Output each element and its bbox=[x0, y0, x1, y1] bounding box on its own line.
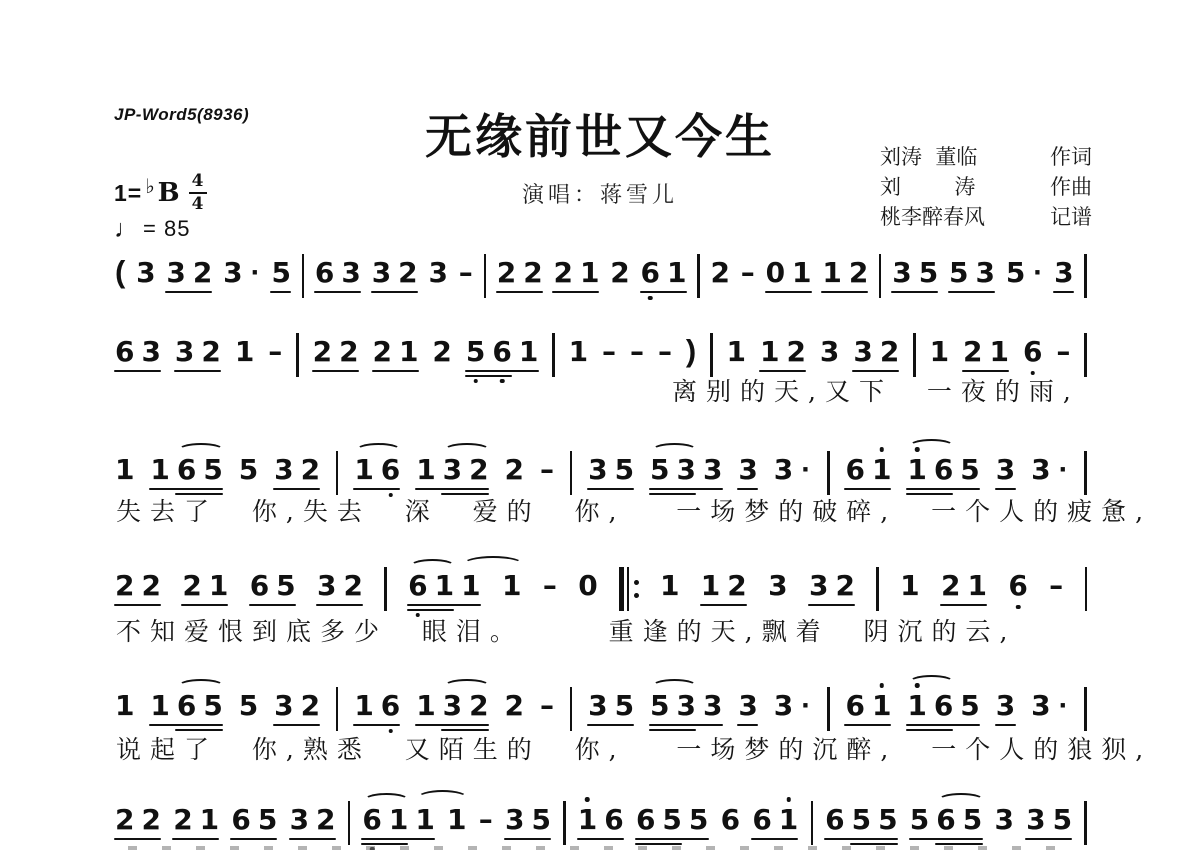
note-group: 6 bbox=[1023, 337, 1042, 367]
barline-icon bbox=[336, 687, 338, 731]
beam-underline bbox=[181, 604, 228, 606]
note-group: 6 bbox=[721, 805, 740, 835]
note-group: 1 bbox=[447, 805, 466, 835]
note-group: 21 bbox=[373, 337, 419, 367]
score-line: 222165326111–01123321216– bbox=[115, 571, 1087, 611]
note-char: 1 bbox=[822, 258, 841, 288]
note-char: 6 bbox=[492, 337, 511, 367]
note-char: 3 bbox=[996, 455, 1015, 485]
note-char: 1 bbox=[727, 337, 746, 367]
note-char: 3 bbox=[1031, 691, 1050, 721]
note-char: 2 bbox=[301, 691, 320, 721]
beam-underline bbox=[891, 291, 938, 293]
credit-role: 作曲 bbox=[1050, 172, 1092, 202]
note-group: 1 bbox=[569, 337, 588, 367]
note-char: 3 bbox=[443, 691, 462, 721]
note-group: 3 bbox=[1054, 258, 1073, 288]
beam-underline bbox=[372, 370, 419, 372]
note-group: 565 bbox=[910, 805, 982, 835]
note-char: 1 bbox=[200, 805, 219, 835]
note-group: 3 bbox=[136, 258, 155, 288]
note-char: 6 bbox=[636, 805, 655, 835]
note-char: 2 bbox=[373, 337, 392, 367]
note-char: 1 bbox=[209, 571, 228, 601]
note-char: 2 bbox=[786, 337, 805, 367]
note-char: 3 bbox=[141, 337, 160, 367]
barline-icon bbox=[1084, 451, 1086, 495]
beam-underline bbox=[844, 488, 891, 490]
augmentation-dot: · bbox=[251, 258, 261, 288]
note-char: 2 bbox=[469, 691, 488, 721]
note-char: 6 bbox=[1008, 571, 1027, 601]
note-char: 5 bbox=[689, 805, 708, 835]
note-char: – bbox=[268, 337, 282, 367]
note-char: – bbox=[741, 258, 755, 288]
barline-icon bbox=[697, 254, 699, 298]
note-char: 2 bbox=[523, 258, 542, 288]
barline-icon bbox=[710, 333, 712, 377]
note-char: 1 bbox=[900, 571, 919, 601]
barline-icon bbox=[570, 451, 572, 495]
note-char: 2 bbox=[553, 258, 572, 288]
note-char: 1 bbox=[872, 455, 891, 485]
beam-underline bbox=[940, 604, 987, 606]
barline-icon bbox=[1084, 801, 1086, 845]
beam-underline bbox=[737, 488, 758, 490]
beam-underline bbox=[700, 604, 747, 606]
octave-dot-high bbox=[879, 683, 884, 688]
note-char: 1 bbox=[150, 455, 169, 485]
note-group: 61 bbox=[752, 805, 798, 835]
note-char: 5 bbox=[271, 258, 290, 288]
octave-dot-low bbox=[1016, 605, 1021, 610]
beam-underline bbox=[496, 291, 543, 293]
barline-icon bbox=[384, 567, 386, 611]
note-char: 2 bbox=[835, 571, 854, 601]
barline-icon bbox=[296, 333, 298, 377]
note-group: 22 bbox=[313, 337, 359, 367]
note-group: 561 bbox=[466, 337, 538, 367]
note-char: 3 bbox=[820, 337, 839, 367]
beam-underline bbox=[361, 843, 408, 845]
beam-underline bbox=[149, 488, 223, 490]
barline-icon bbox=[1084, 687, 1086, 731]
note-char: 5 bbox=[1053, 805, 1072, 835]
note-char: 5 bbox=[960, 691, 979, 721]
note-group: 1 bbox=[660, 571, 679, 601]
note-char: 1 bbox=[872, 691, 891, 721]
note-char: 1 bbox=[792, 258, 811, 288]
note-char: 1 bbox=[415, 805, 434, 835]
note-char: 3 bbox=[809, 571, 828, 601]
note-char: 2 bbox=[880, 337, 899, 367]
note-group: – bbox=[479, 805, 493, 835]
note-group: 61 bbox=[641, 258, 687, 288]
lyrics-line: 离别的天,又下 一夜的雨, bbox=[672, 372, 1080, 408]
note-char: 6 bbox=[381, 455, 400, 485]
credit-row: 刘涛 董临作词 bbox=[880, 142, 1092, 172]
note-group: 16 bbox=[354, 455, 400, 485]
beam-underline bbox=[353, 488, 400, 490]
note-char: 3 bbox=[136, 258, 155, 288]
note-group: 21 bbox=[173, 805, 219, 835]
note-char: 2 bbox=[115, 805, 134, 835]
credit-name: 刘 涛 bbox=[880, 172, 975, 202]
note-char: 3 bbox=[768, 571, 787, 601]
note-group: 3· bbox=[1031, 691, 1068, 721]
note-group: 3· bbox=[774, 455, 811, 485]
note-char: 5 bbox=[615, 455, 634, 485]
beam-underline bbox=[314, 291, 361, 293]
note-group: 3 bbox=[738, 455, 757, 485]
note-char: – bbox=[540, 455, 554, 485]
note-group: 165 bbox=[150, 455, 222, 485]
note-group: 21 bbox=[553, 258, 599, 288]
note-group: 5 bbox=[239, 455, 258, 485]
barline-icon bbox=[348, 801, 350, 845]
note-group: – bbox=[658, 337, 672, 367]
note-group: 61 bbox=[845, 691, 891, 721]
note-char: 2 bbox=[469, 455, 488, 485]
note-group: 35 bbox=[505, 805, 551, 835]
note-group: 533 bbox=[650, 455, 722, 485]
note-group: 0 bbox=[578, 571, 597, 601]
note-char: 2 bbox=[344, 571, 363, 601]
note-char: 1 bbox=[907, 691, 926, 721]
note-group: 22 bbox=[497, 258, 543, 288]
note-char: – bbox=[658, 337, 672, 367]
credit-role: 作词 bbox=[1050, 142, 1092, 172]
note-char: 6 bbox=[362, 805, 381, 835]
note-char: 1 bbox=[519, 337, 538, 367]
note-group: – bbox=[268, 337, 282, 367]
beam-underline bbox=[316, 604, 363, 606]
note-char: 1 bbox=[760, 337, 779, 367]
note-char: 5 bbox=[919, 258, 938, 288]
note-char: 1 bbox=[115, 691, 134, 721]
note-group: 165 bbox=[907, 455, 979, 485]
note-char: 2 bbox=[313, 337, 332, 367]
note-char: 1 bbox=[354, 691, 373, 721]
note-char: 5 bbox=[615, 691, 634, 721]
beam-underline bbox=[850, 843, 898, 845]
note-group: 3· bbox=[774, 691, 811, 721]
note-group: 1 bbox=[235, 337, 254, 367]
note-group: 32 bbox=[372, 258, 418, 288]
barline-icon bbox=[336, 451, 338, 495]
key-tonic: B bbox=[158, 178, 180, 208]
note-char: 1 bbox=[235, 337, 254, 367]
note-char: – bbox=[543, 571, 557, 601]
credit-row: 刘 涛作曲 bbox=[880, 172, 1092, 202]
beam-underline bbox=[635, 843, 682, 845]
note-char: 0 bbox=[578, 571, 597, 601]
note-char: 3 bbox=[892, 258, 911, 288]
note-group: 21 bbox=[182, 571, 228, 601]
note-char: 5 bbox=[662, 805, 681, 835]
note-char: 1 bbox=[667, 258, 686, 288]
beam-underline bbox=[587, 488, 634, 490]
credit-name: 刘涛 董临 bbox=[880, 142, 977, 172]
note-char: 6 bbox=[604, 805, 623, 835]
meter-numerator: 4 bbox=[189, 173, 207, 194]
note-char: 3 bbox=[677, 455, 696, 485]
note-group: 3 bbox=[428, 258, 447, 288]
beam-underline bbox=[174, 370, 221, 372]
clipped-lyrics-row bbox=[128, 846, 1074, 850]
note-char: 6 bbox=[936, 805, 955, 835]
beam-underline bbox=[114, 838, 161, 840]
beam-underline bbox=[353, 724, 400, 726]
barline-icon bbox=[1084, 254, 1086, 298]
note-char: 6 bbox=[250, 571, 269, 601]
note-group: 65 bbox=[231, 805, 277, 835]
note-group: 3 bbox=[994, 805, 1013, 835]
note-group: – bbox=[1056, 337, 1070, 367]
barline-icon bbox=[1085, 567, 1087, 611]
note-char: 2 bbox=[398, 258, 417, 288]
note-char: 2 bbox=[497, 258, 516, 288]
beam-underline bbox=[165, 291, 212, 293]
score-line: 1165532161322–3553333·6116533· bbox=[115, 455, 1087, 495]
note-group: 35 bbox=[1026, 805, 1072, 835]
note-char: 3 bbox=[175, 337, 194, 367]
note-char: – bbox=[1056, 337, 1070, 367]
augmentation-dot: · bbox=[1033, 258, 1043, 288]
octave-dot-low bbox=[500, 379, 505, 384]
barline-icon bbox=[811, 801, 813, 845]
note-group: 655 bbox=[636, 805, 708, 835]
note-char: 2 bbox=[193, 258, 212, 288]
repeat-dots bbox=[634, 580, 639, 598]
barline-icon bbox=[552, 333, 554, 377]
note-char: 6 bbox=[381, 691, 400, 721]
note-char: 6 bbox=[177, 691, 196, 721]
note-group: 32 bbox=[166, 258, 212, 288]
note-group: – bbox=[543, 571, 557, 601]
note-char: 2 bbox=[727, 571, 746, 601]
note-group: 611 bbox=[408, 571, 480, 601]
beam-underline bbox=[249, 604, 296, 606]
beam-underline bbox=[1053, 291, 1074, 293]
note-group: – bbox=[540, 455, 554, 485]
note-group: 2 bbox=[710, 258, 729, 288]
note-char: 1 bbox=[578, 805, 597, 835]
beam-underline bbox=[407, 604, 481, 606]
beam-underline bbox=[577, 838, 624, 840]
note-group: 12 bbox=[760, 337, 806, 367]
beam-underline bbox=[407, 609, 454, 611]
beam-underline bbox=[948, 291, 995, 293]
note-char: 3 bbox=[996, 691, 1015, 721]
note-char: 6 bbox=[825, 805, 844, 835]
note-char: 3 bbox=[290, 805, 309, 835]
note-char: – bbox=[1049, 571, 1063, 601]
note-group: – bbox=[540, 691, 554, 721]
note-char: 1 bbox=[461, 571, 480, 601]
note-char: 3 bbox=[976, 258, 995, 288]
note-char: 2 bbox=[173, 805, 192, 835]
augmentation-dot: · bbox=[801, 691, 811, 721]
note-group: – bbox=[1049, 571, 1063, 601]
note-char: 1 bbox=[660, 571, 679, 601]
note-group: 3 bbox=[996, 691, 1015, 721]
beam-underline bbox=[906, 724, 980, 726]
note-char: 5 bbox=[203, 455, 222, 485]
note-group: 63 bbox=[115, 337, 161, 367]
note-char: 5 bbox=[466, 337, 485, 367]
note-char: 3 bbox=[738, 691, 757, 721]
note-char: 5 bbox=[258, 805, 277, 835]
key-signature: 1= ♭ B 4 4 bbox=[114, 176, 207, 210]
tempo-marking: ♩ = 85 bbox=[114, 216, 190, 242]
note-char: 1 bbox=[569, 337, 588, 367]
credit-role: 记谱 bbox=[1050, 202, 1092, 232]
note-group: 3 bbox=[820, 337, 839, 367]
beam-underline bbox=[587, 724, 634, 726]
note-group: 53 bbox=[949, 258, 995, 288]
note-char: 6 bbox=[845, 455, 864, 485]
note-char: 5 bbox=[963, 805, 982, 835]
beam-underline bbox=[844, 724, 891, 726]
note-group: 32 bbox=[274, 455, 320, 485]
note-char: 3 bbox=[853, 337, 872, 367]
beam-underline bbox=[149, 724, 223, 726]
octave-dot-high bbox=[879, 447, 884, 452]
beam-underline bbox=[737, 724, 758, 726]
note-char: 3 bbox=[428, 258, 447, 288]
note-char: 5 bbox=[878, 805, 897, 835]
repeat-dot bbox=[634, 580, 639, 585]
note-char: 3 bbox=[166, 258, 185, 288]
note-char: – bbox=[630, 337, 644, 367]
note-group: 5 bbox=[271, 258, 290, 288]
note-char: 6 bbox=[845, 691, 864, 721]
note-char: 3 bbox=[774, 691, 793, 721]
note-char: 6 bbox=[721, 805, 740, 835]
beam-underline bbox=[230, 838, 277, 840]
note-group: 611 bbox=[362, 805, 434, 835]
note-char: 6 bbox=[315, 258, 334, 288]
octave-dot-high bbox=[915, 683, 920, 688]
beam-underline bbox=[995, 488, 1016, 490]
note-char: 6 bbox=[1023, 337, 1042, 367]
beam-underline bbox=[465, 375, 512, 377]
note-char: 1 bbox=[701, 571, 720, 601]
note-char: 3 bbox=[677, 691, 696, 721]
flat-icon: ♭ bbox=[145, 174, 154, 199]
octave-dot-high bbox=[786, 797, 791, 802]
note-char: 3 bbox=[443, 455, 462, 485]
repeat-thin-bar bbox=[627, 567, 629, 611]
note-char: 1 bbox=[967, 571, 986, 601]
note-char: 3 bbox=[223, 258, 242, 288]
note-group: 35 bbox=[588, 691, 634, 721]
beam-underline bbox=[1025, 838, 1072, 840]
note-char: 5 bbox=[1006, 258, 1025, 288]
note-group: 32 bbox=[809, 571, 855, 601]
lyrics-line: 说起了 你,熟悉 又陌生的 你, 一场梦的沉醉, 一个人的狼狈, bbox=[116, 730, 1152, 766]
note-group: 16 bbox=[354, 691, 400, 721]
tempo-value: = 85 bbox=[143, 216, 190, 242]
note-group: 3 bbox=[768, 571, 787, 601]
note-group: – bbox=[459, 258, 473, 288]
beam-underline bbox=[361, 838, 435, 840]
note-group: 165 bbox=[907, 691, 979, 721]
note-char: 3 bbox=[317, 571, 336, 601]
note-group: 61 bbox=[845, 455, 891, 485]
note-group: 32 bbox=[175, 337, 221, 367]
note-group: 132 bbox=[416, 691, 488, 721]
note-char: 1 bbox=[416, 455, 435, 485]
note-group: 1 bbox=[115, 455, 134, 485]
note-group: 32 bbox=[853, 337, 899, 367]
note-char: 2 bbox=[505, 455, 524, 485]
note-char: 1 bbox=[389, 805, 408, 835]
note-group: 5 bbox=[239, 691, 258, 721]
barline-icon bbox=[484, 254, 486, 298]
note-char: 6 bbox=[752, 805, 771, 835]
beam-underline bbox=[909, 838, 983, 840]
note-char: 2 bbox=[141, 805, 160, 835]
note-char: 1 bbox=[115, 455, 134, 485]
credit-row: 桃李醉春风记谱 bbox=[880, 202, 1092, 232]
note-char: – bbox=[479, 805, 493, 835]
beam-underline bbox=[649, 724, 723, 726]
note-char: 2 bbox=[505, 691, 524, 721]
note-char: 6 bbox=[408, 571, 427, 601]
note-char: 2 bbox=[316, 805, 335, 835]
note-char: 3 bbox=[738, 455, 757, 485]
barline-icon bbox=[879, 254, 881, 298]
barline-icon bbox=[876, 567, 878, 611]
note-char: 2 bbox=[849, 258, 868, 288]
beam-underline bbox=[824, 838, 898, 840]
score-line: 222165326111–3516655661655565335 bbox=[115, 805, 1087, 845]
note-group: 35 bbox=[588, 455, 634, 485]
note-char: 3 bbox=[505, 805, 524, 835]
octave-dot-low bbox=[648, 296, 653, 301]
note-char: 5 bbox=[910, 805, 929, 835]
beam-underline bbox=[289, 838, 336, 840]
note-group: 65 bbox=[250, 571, 296, 601]
quarter-note-icon: ♩ bbox=[114, 217, 139, 242]
note-char: 1 bbox=[907, 455, 926, 485]
lyrics-line: 不知爱恨到底多少 眼泪。 重逢的天,飘着 阴沉的云, bbox=[116, 612, 1016, 648]
note-group: 1 bbox=[727, 337, 746, 367]
beam-underline bbox=[906, 488, 980, 490]
note-char: 3 bbox=[1026, 805, 1045, 835]
beam-underline bbox=[465, 370, 539, 372]
note-group: 32 bbox=[274, 691, 320, 721]
note-char: 3 bbox=[372, 258, 391, 288]
beam-underline bbox=[504, 838, 551, 840]
note-char: 5 bbox=[852, 805, 871, 835]
note-char: 2 bbox=[941, 571, 960, 601]
note-char: – bbox=[459, 258, 473, 288]
note-char: 2 bbox=[710, 258, 729, 288]
beam-underline bbox=[995, 724, 1016, 726]
note-char: 1 bbox=[354, 455, 373, 485]
octave-dot-high bbox=[915, 447, 920, 452]
note-group: 63 bbox=[315, 258, 361, 288]
parenthesis: ) bbox=[686, 335, 696, 367]
note-char: 5 bbox=[949, 258, 968, 288]
note-char: 3 bbox=[994, 805, 1013, 835]
note-group: 2 bbox=[610, 258, 629, 288]
note-group: 2 bbox=[432, 337, 451, 367]
note-group: 165 bbox=[150, 691, 222, 721]
